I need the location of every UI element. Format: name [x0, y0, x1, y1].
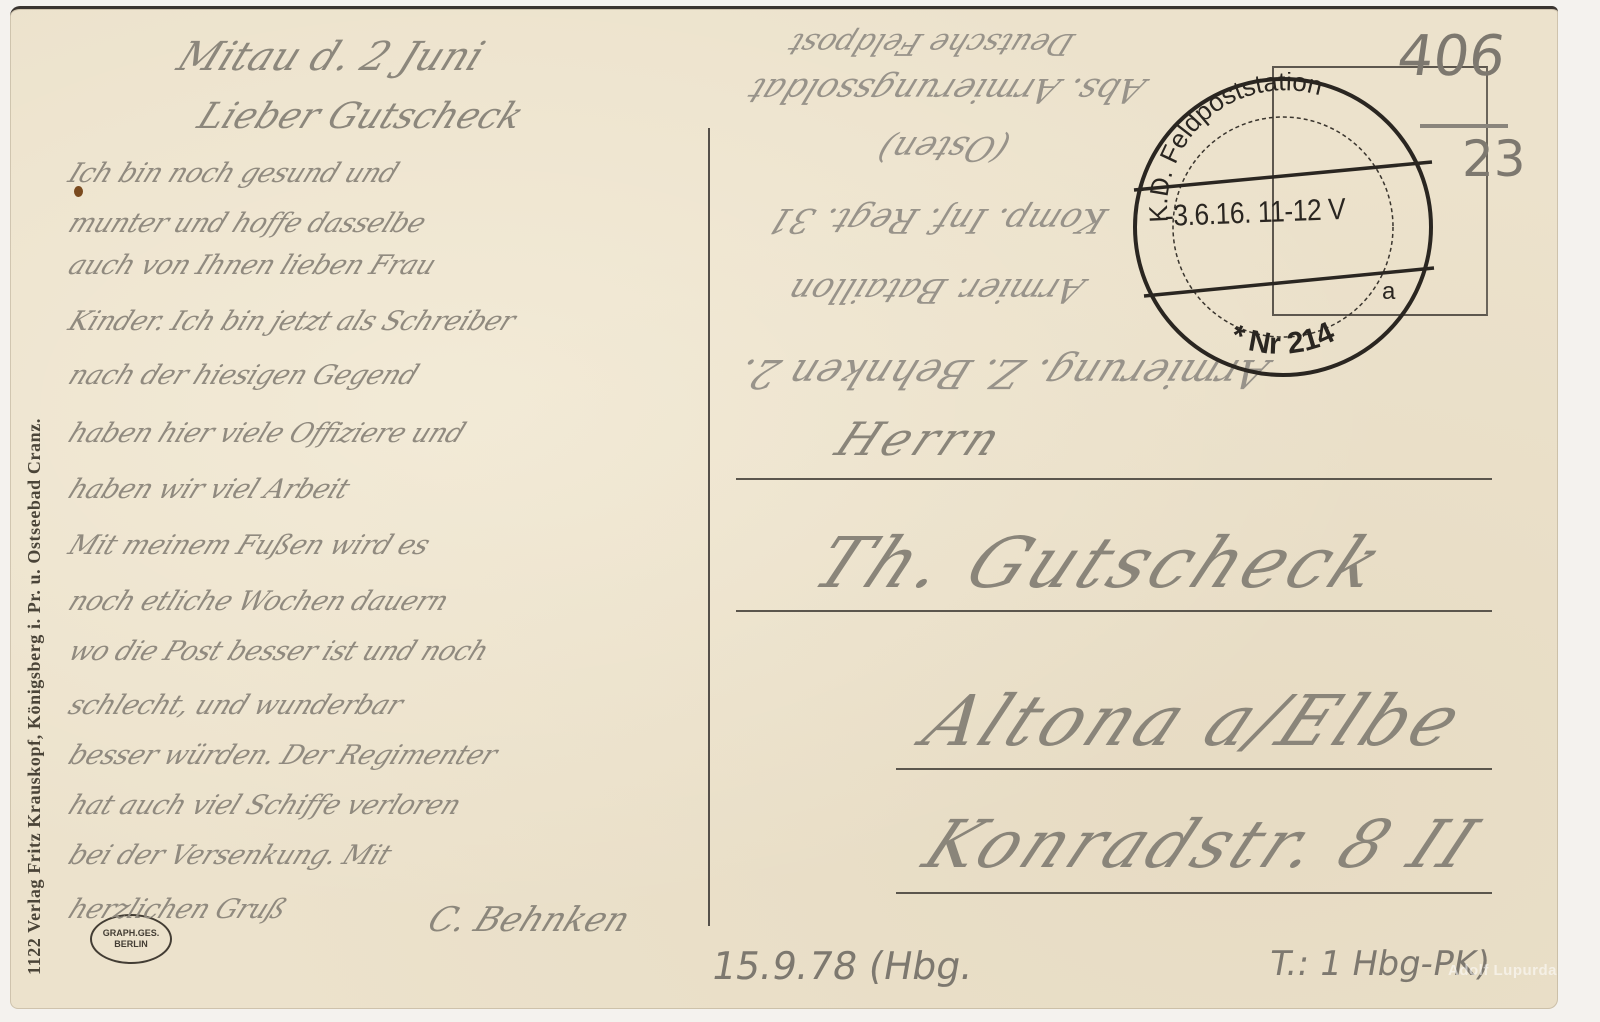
message-line: wo die Post besser ist und noch: [64, 636, 493, 667]
return-address-line: (Osten): [872, 128, 1016, 168]
message-line: hat auch viel Schiffe verloren: [64, 790, 466, 821]
address-rule-2: [736, 610, 1492, 612]
message-line: munter und hoffe dasselbe: [64, 208, 431, 239]
pencil-note-numerator: 406: [1393, 24, 1509, 89]
message-line: noch etliche Wochen dauern: [64, 586, 453, 617]
message-line: Ich bin noch gesund und: [64, 158, 403, 189]
message-line: bei der Versenkung. Mit: [64, 840, 396, 871]
message-line: haben hier viele Offiziere und: [64, 418, 470, 449]
return-address-line: Abs. Armierungssoldat: [742, 70, 1151, 110]
message-line: Kinder. Ich bin jetzt als Schreiber: [64, 306, 520, 337]
address-rule-1: [736, 478, 1492, 480]
printer-mark-line1: GRAPH.GES.: [103, 928, 160, 939]
postmark-bottom-text: Nr 214: [1246, 316, 1340, 361]
message-signature: C. Behnken: [422, 900, 636, 940]
postmark-date: -3.6.16. 11-12 V: [1164, 193, 1345, 234]
message-line: herzlichen Gruß: [64, 894, 291, 925]
message-line: Mit meinem Fußen wird es: [64, 530, 434, 561]
svg-text:* Nr 214: * Nr 214: [1226, 316, 1340, 361]
address-city: Altona a/Elbe: [911, 680, 1479, 762]
return-address-line: Deutsche Feldpost: [783, 26, 1080, 61]
printer-mark-line2: BERLIN: [114, 939, 148, 950]
postmark-sub-letter: a: [1382, 278, 1395, 306]
address-rule-4: [896, 892, 1492, 894]
message-salutation: Lieber Gutscheck: [192, 96, 530, 137]
message-line: auch von Ihnen lieben Frau: [64, 250, 441, 281]
message-place-date: Mitau d. 2 Juni: [171, 34, 491, 80]
message-line: haben wir viel Arbeit: [64, 474, 354, 505]
message-line: nach der hiesigen Gegend: [64, 360, 423, 391]
publisher-imprint: 1122 Verlag Fritz Krauskopf, Königsberg …: [24, 418, 45, 975]
address-street: Konradstr. 8 II: [912, 806, 1493, 883]
address-rule-3: [896, 768, 1492, 770]
pencil-note-denominator: 23: [1462, 130, 1526, 188]
pencil-fraction-bar: [1420, 124, 1508, 128]
message-line: schlecht, und wunderbar: [64, 690, 408, 721]
return-address-line: Komp. Inf. Regt. 31: [762, 200, 1113, 240]
address-salutation: Herrn: [827, 412, 1013, 466]
message-line: besser würden. Der Regimenter: [64, 740, 502, 771]
address-name: Th. Gutscheck: [801, 522, 1400, 604]
watermark: Adolf Lupurda: [1448, 962, 1557, 979]
center-divider: [708, 128, 710, 926]
return-address-line: Armier. Bataillon: [782, 270, 1091, 310]
pencil-note-bottom-left: 15.9.78 (Hbg.: [708, 944, 977, 988]
